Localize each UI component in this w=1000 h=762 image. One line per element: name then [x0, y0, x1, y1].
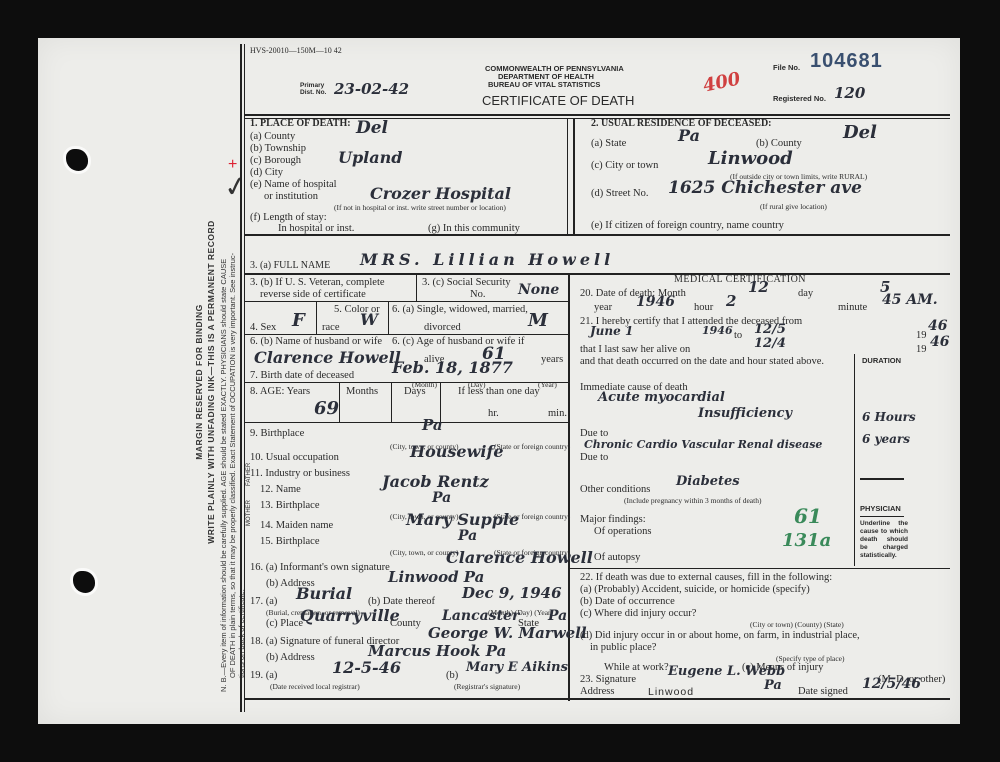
file-no-value: 104681 [810, 50, 883, 73]
color-label-2: race [322, 322, 339, 333]
birth-year-note: (Year) [538, 380, 557, 389]
green-code-2: 131a [782, 530, 831, 551]
marital-label-1: 6. (a) Single, widowed, married, [392, 304, 528, 315]
attended-from-value: June 1 [590, 324, 633, 338]
duration-column-line [854, 354, 855, 566]
full-name-value: MRS. Lillian Howell [360, 250, 614, 269]
burial-place-value: Quarryville [300, 606, 400, 625]
row-line-9 [244, 422, 568, 423]
external-b-label: (b) Date of occurrence [580, 596, 675, 607]
marital-value: M [528, 310, 548, 331]
age-months-label: Months [346, 386, 378, 397]
res-state-label: (a) State [591, 138, 626, 149]
death-year-value: 1946 [636, 294, 675, 310]
res-state-value: Pa [678, 126, 700, 145]
registrar-sig-label: (b) [446, 670, 458, 681]
attended-from-year: 1946 [702, 324, 733, 337]
borough-label: (c) Borough [250, 155, 301, 166]
death-minute-value: 45 AM. [882, 292, 938, 308]
age-days-label: Days [404, 386, 426, 397]
date-signed-value: 12/5/46 [862, 676, 921, 692]
res-city-value: Linwood [708, 148, 793, 169]
birthplace-label: 9. Birthplace [250, 428, 304, 439]
color-marital-divider [388, 302, 389, 334]
occurred-label: and that death occurred on the date and … [580, 356, 860, 367]
binding-margin: MARGIN RESERVED FOR BINDING WRITE PLAINL… [188, 38, 258, 724]
left-border-line-inner [244, 44, 245, 712]
day-label: day [798, 288, 813, 299]
immediate-duration: 6 Hours [862, 410, 916, 424]
physician-address-value: Linwood [648, 686, 694, 698]
ss-label-2: No. [470, 289, 485, 300]
community-label: (g) In this community [428, 223, 520, 234]
mother-birthplace-label: 15. Birthplace [260, 536, 319, 547]
physician-address-label: Address [580, 686, 614, 697]
birth-date-value: Feb. 18, 1877 [392, 358, 513, 377]
physician-address-state: Pa [764, 678, 782, 693]
registrar-label: 19. (a) [250, 670, 277, 681]
primary-dist-label: Primary Dist. No. [300, 82, 330, 96]
sex-color-divider [316, 302, 317, 334]
external-a-label: (a) (Probably) Accident, suicide, or hom… [580, 584, 810, 595]
res-county-value: Del [843, 122, 877, 143]
operations-label: Of operations [594, 526, 651, 537]
autopsy-label: Of autopsy [594, 552, 640, 563]
father-name-value: Jacob Rentz [382, 472, 489, 491]
certificate-title: CERTIFICATE OF DEATH [482, 93, 634, 108]
spouse-age-unit: years [541, 354, 563, 365]
external-c-label: (c) Where did injury occur? [580, 608, 696, 619]
section1-right-edge [567, 118, 568, 234]
major-findings-label: Major findings: [580, 514, 646, 525]
informant-label: 16. (a) Informant's own signature [250, 562, 390, 573]
ss-value: None [518, 282, 559, 298]
other-conditions-note: (Include pregnancy within 3 months of de… [624, 496, 761, 505]
stay-label: (f) Length of stay: [250, 212, 327, 223]
county-value: Del [356, 118, 388, 138]
spouse-name-label: 6. (b) Name of husband or wife [250, 336, 382, 347]
occupation-label: 10. Usual occupation [250, 452, 339, 463]
registrar-date-value: 12-5-46 [332, 658, 401, 677]
physician-note: Underline the cause to which death shoul… [860, 520, 908, 560]
father-birthplace-value: Pa [432, 490, 451, 506]
year-label: year [594, 302, 612, 313]
year-prefix-1: 19 [916, 330, 927, 341]
due-to-label-2: Due to [580, 452, 608, 463]
left-border-line [240, 44, 242, 712]
father-birthplace-label: 13. Birthplace [260, 500, 319, 511]
birthplace-value: Pa [422, 416, 443, 434]
disposition-value: Burial [296, 584, 352, 603]
informant-value: Clarence Howell [446, 548, 593, 567]
physician-line [860, 516, 904, 517]
res-foreign-label: (e) If citizen of foreign country, name … [591, 220, 784, 231]
row-line-3b [244, 301, 568, 302]
age-hr-label: hr. [488, 408, 499, 419]
funeral-director-value: George W. Marwell [428, 624, 587, 642]
green-code-1: 61 [794, 504, 822, 528]
hour-label: hour [694, 302, 713, 313]
registrar-date-note: (Date received local registrar) [270, 682, 360, 691]
name-row-line [244, 273, 950, 275]
father-name-label: 12. Name [260, 484, 301, 495]
row-line-6b [244, 334, 568, 335]
stay-inst-label: In hospital or inst. [278, 223, 354, 234]
last-saw-year: 46 [930, 334, 949, 350]
birth-date-label: 7. Birth date of deceased [250, 370, 354, 381]
header-divider [244, 114, 950, 116]
form-code: HVS-20010—150M—10 42 [250, 46, 342, 55]
section2-bottom-line [244, 234, 950, 236]
mother-side-label: MOTHER [246, 500, 252, 526]
immediate-cause-value-1: Acute myocardial [598, 390, 725, 405]
township-label: (b) Township [250, 143, 306, 154]
sex-value: F [292, 310, 305, 331]
res-street-value: 1625 Chichester ave [668, 178, 862, 198]
attended-to-value: 12/5 [754, 322, 786, 337]
age-min-label: min. [548, 408, 567, 419]
registrar-sig-value: Mary E Aikins [466, 660, 568, 675]
burial-place-label: (c) Place [266, 618, 303, 629]
duration-heading: DURATION [862, 356, 901, 365]
due-to-duration-1: 6 years [862, 432, 910, 446]
registered-no-label: Registered No. [773, 94, 826, 103]
occupation-value: Housewife [410, 442, 504, 461]
death-month-value: 12 [748, 278, 769, 296]
other-conditions-label: Other conditions [580, 484, 650, 495]
red-annotation: 400 [701, 68, 742, 96]
age-years-value: 69 [314, 398, 339, 419]
year-prefix-2: 19 [916, 344, 927, 355]
marital-label-2: divorced [424, 322, 461, 333]
mother-maiden-value: Mary Supple [406, 510, 519, 529]
external-c-note: (City or town) (County) (State) [750, 620, 844, 629]
death-hour-value: 2 [726, 292, 736, 310]
external-heading: 22. If death was due to external causes,… [580, 572, 832, 583]
father-side-label: FATHER [246, 463, 252, 486]
bottom-border-line [244, 698, 950, 700]
color-value: W [360, 310, 378, 329]
registrar-sig-note: (Registrar's signature) [454, 682, 520, 691]
veteran-label-1: 3. (b) If U. S. Veteran, complete [250, 277, 385, 288]
burial-date-value: Dec 9, 1946 [462, 584, 562, 602]
burial-state-value: Pa [548, 608, 567, 624]
to-label: to [734, 330, 742, 341]
age-less-label: If less than one day [458, 386, 540, 397]
bureau-heading: BUREAU OF VITAL STATISTICS [488, 80, 600, 89]
age-years-label: 8. AGE: Years [250, 386, 310, 397]
industry-label: 11. Industry or business [250, 468, 350, 479]
city-label: (d) City [250, 167, 283, 178]
county-label: (a) County [250, 131, 295, 142]
row-line-8 [244, 382, 568, 383]
mother-birthplace-value: Pa [458, 528, 477, 544]
full-name-label: 3. (a) FULL NAME [250, 260, 330, 271]
external-d-label-2: in public place? [590, 642, 656, 653]
medical-heading: MEDICAL CERTIFICATION [674, 274, 806, 285]
punch-hole-bottom [73, 571, 95, 593]
hospital-note: (If not in hospital or inst. write stree… [334, 203, 506, 212]
res-city-label: (c) City or town [591, 160, 658, 171]
other-conditions-value: Diabetes [676, 474, 740, 489]
age-years-divider [339, 382, 340, 422]
last-saw-label: that I last saw her alive on [580, 344, 690, 355]
hospital-label-2: or institution [264, 191, 318, 202]
res-street-note: (If rural give location) [760, 202, 827, 211]
date-signed-label: Date signed [798, 686, 848, 697]
attended-to-year: 46 [928, 318, 947, 334]
mother-maiden-label: 14. Maiden name [260, 520, 333, 531]
burial-county-value: Lancaster [442, 608, 519, 624]
duration-end-line [860, 478, 904, 480]
minute-label: minute [838, 302, 867, 313]
last-saw-value: 12/4 [754, 336, 786, 351]
hospital-value: Crozer Hospital [370, 184, 511, 203]
external-d-label-1: (d) Did injury occur in or about home, o… [580, 630, 860, 641]
hospital-label-1: (e) Name of hospital [250, 179, 337, 190]
ss-label-1: 3. (c) Social Security [422, 277, 511, 288]
birthplace-state-note: (State or foreign country) [494, 442, 570, 451]
file-no-label: File No. [773, 63, 800, 72]
margin-instruction-1: N. B.—Every item of information should b… [219, 72, 228, 692]
punch-hole-top [66, 149, 88, 171]
margin-binding-note: MARGIN RESERVED FOR BINDING [194, 72, 204, 692]
immediate-cause-value-2: Insufficiency [698, 406, 792, 421]
physician-signature-value: Eugene L. Webb [668, 664, 785, 679]
physician-heading: PHYSICIAN [860, 504, 901, 513]
age-months-divider [391, 382, 392, 422]
veteran-label-2: reverse side of certificate [260, 289, 366, 300]
funeral-address-label: (b) Address [266, 652, 315, 663]
sex-label: 4. Sex [250, 322, 276, 333]
registered-no-value: 120 [834, 84, 865, 102]
death-certificate-page: MARGIN RESERVED FOR BINDING WRITE PLAINL… [38, 38, 960, 724]
physician-signature-label: 23. Signature [580, 674, 636, 685]
place-of-death-heading: 1. PLACE OF DEATH: [250, 118, 351, 129]
primary-dist-value: 23-02-42 [334, 80, 409, 98]
medical-bottom-line [568, 568, 950, 569]
burial-county-label: County [390, 618, 421, 629]
section1-2-divider [573, 118, 575, 234]
margin-ink-note: WRITE PLAINLY WITH UNFADING INK—THIS IS … [206, 72, 216, 692]
spouse-name-value: Clarence Howell [254, 348, 401, 367]
due-to-value-1: Chronic Cardio Vascular Renal disease [584, 438, 822, 451]
res-street-label: (d) Street No. [591, 188, 648, 199]
borough-value: Upland [338, 148, 402, 167]
work-label: While at work? [604, 662, 669, 673]
veteran-ss-divider [416, 275, 417, 302]
disposition-label: 17. (a) [250, 596, 277, 607]
